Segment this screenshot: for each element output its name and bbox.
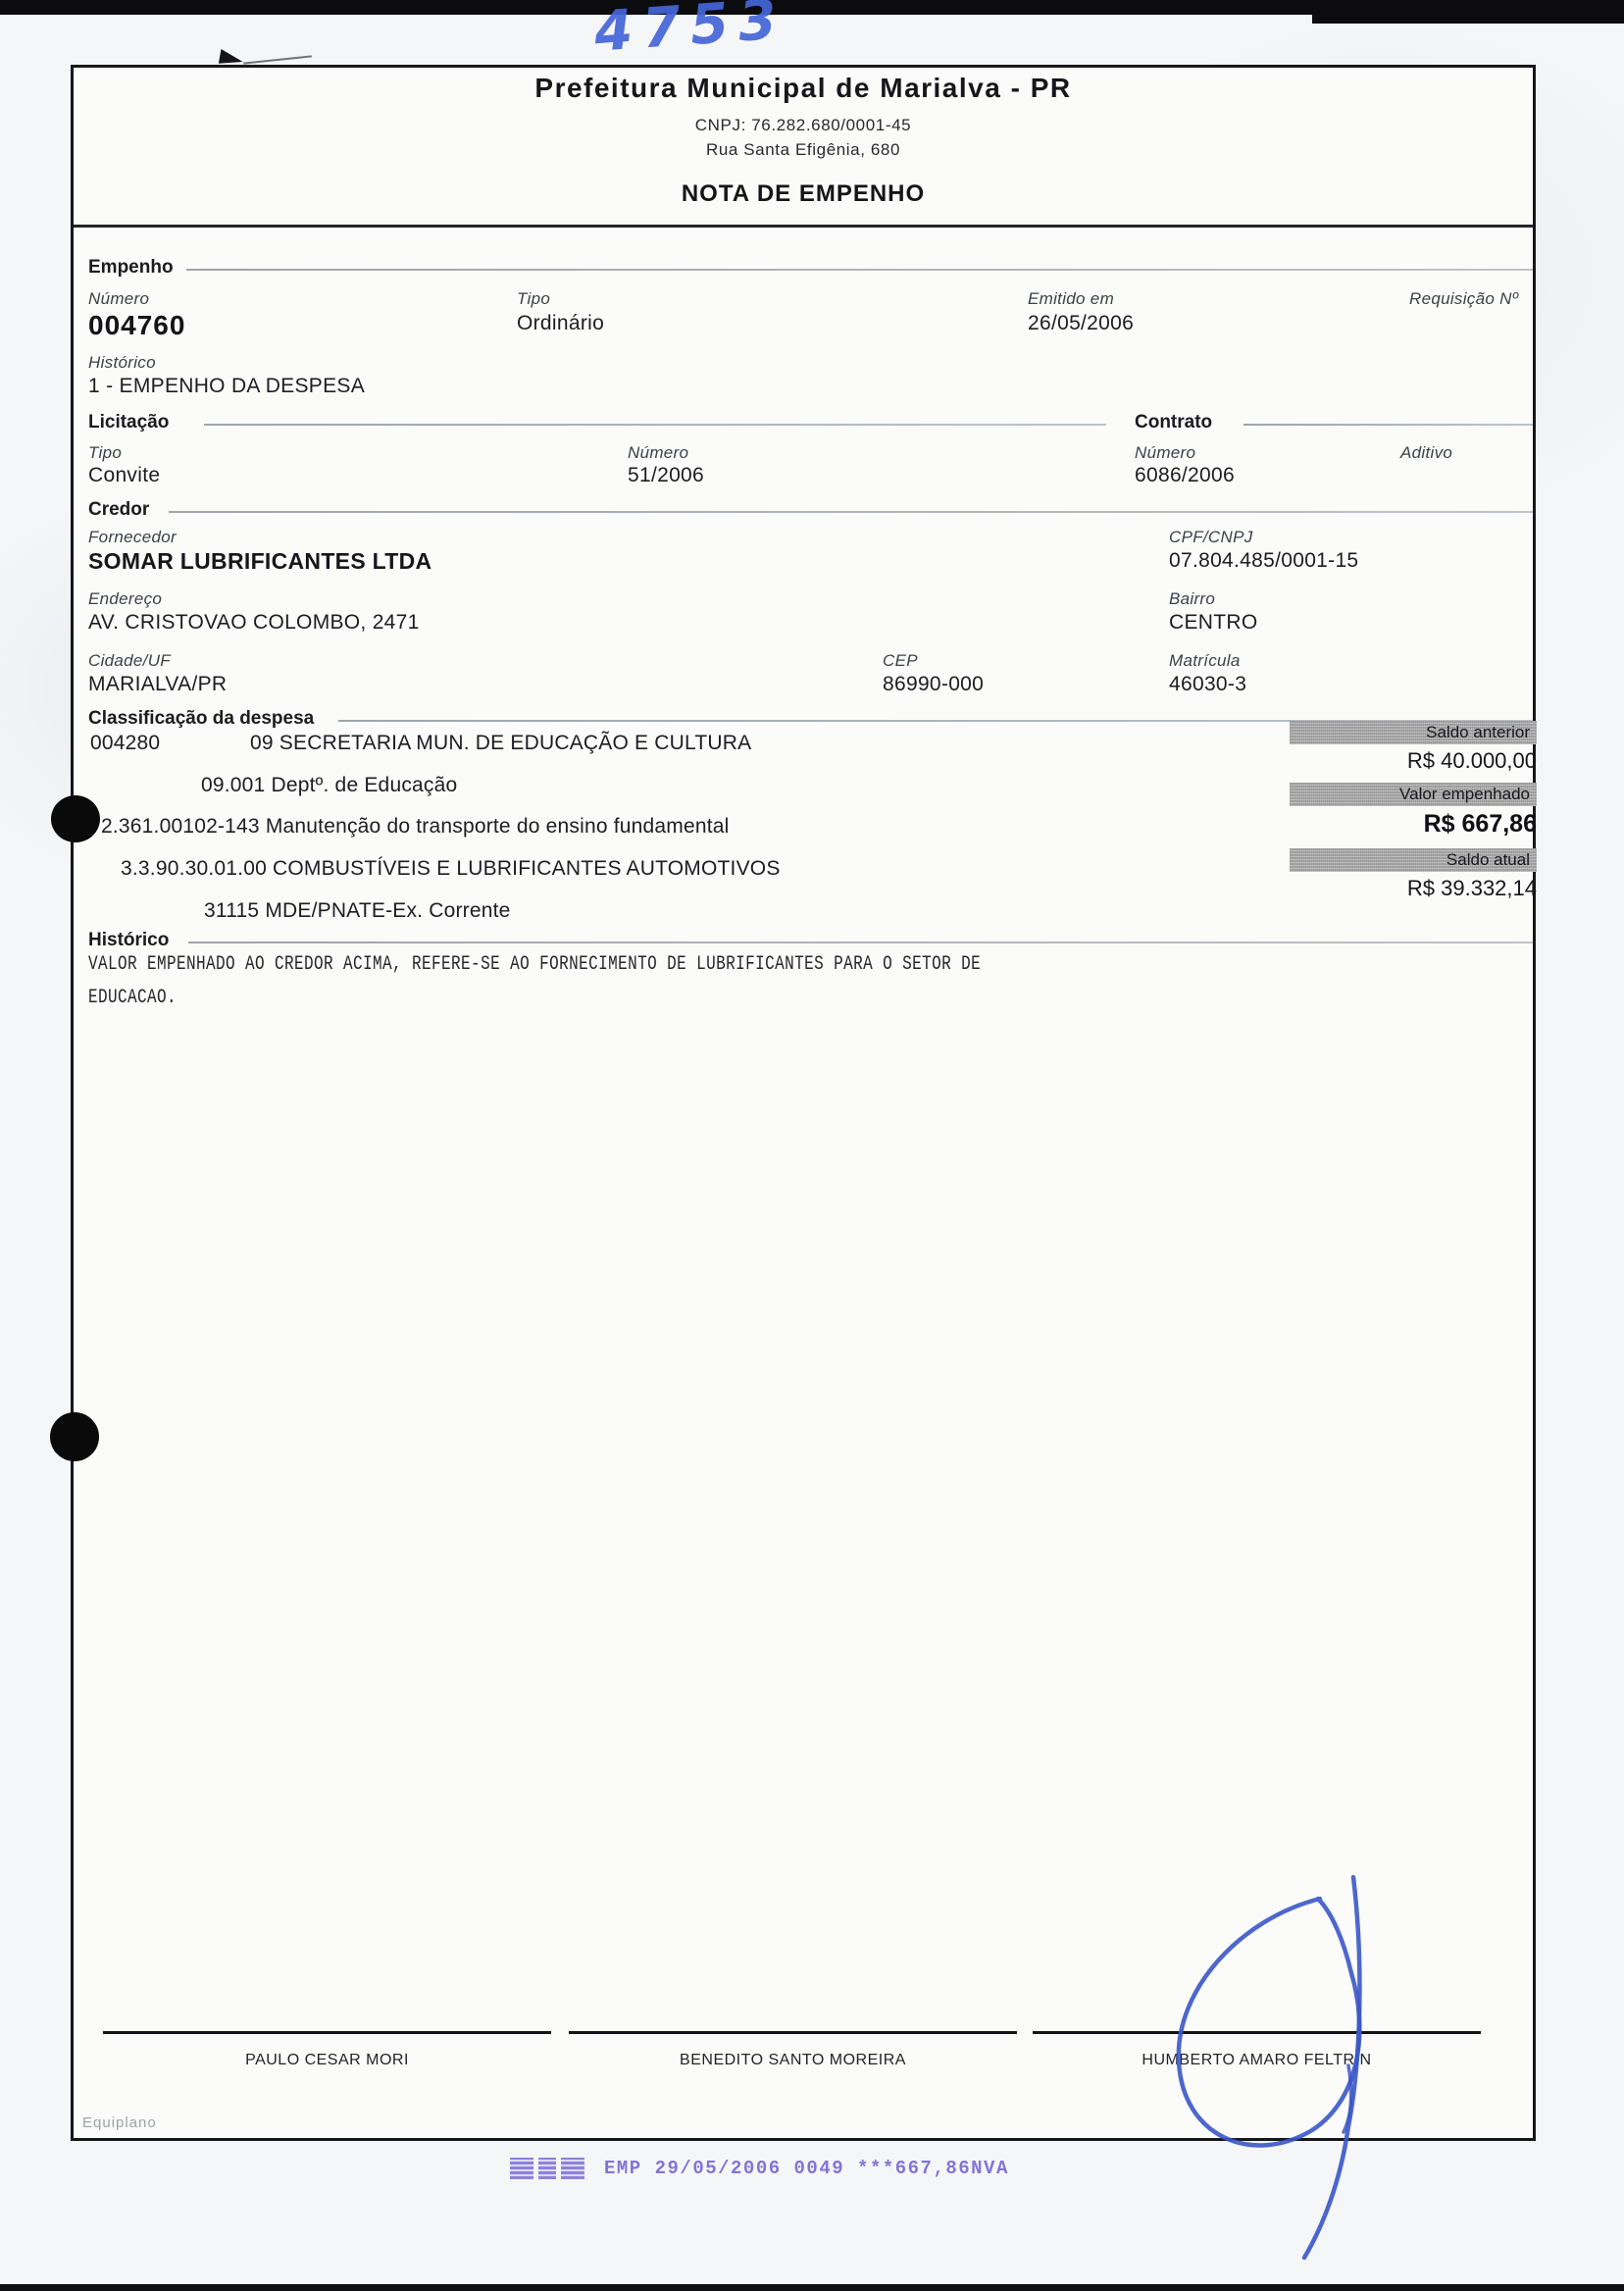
licitacao-tipo-value: Convite [88, 464, 160, 487]
field-label-fornecedor: Fornecedor [88, 528, 177, 547]
saldo-atual-label: Saldo atual [1290, 848, 1537, 872]
field-label-cpf-cnpj: CPF/CNPJ [1169, 528, 1253, 547]
field-label-aditivo: Aditivo [1400, 443, 1452, 463]
organization-name: Prefeitura Municipal de Marialva - PR [71, 73, 1536, 104]
signature-autograph [1106, 1869, 1440, 2267]
classificacao-row: 3.3.90.30.01.00 COMBUSTÍVEIS E LUBRIFICA… [121, 857, 781, 881]
credor-bairro-value: CENTRO [1169, 611, 1257, 635]
field-label-endereco: Endereço [88, 589, 162, 609]
classificacao-row: 09.001 Deptº. de Educação [201, 774, 457, 797]
handwritten-number: 4753 [592, 0, 788, 65]
credor-fornecedor-value: SOMAR LUBRIFICANTES LTDA [88, 548, 431, 575]
signature-name: PAULO CESAR MORI [103, 2052, 551, 2069]
signature-line [569, 2031, 1017, 2034]
section-rule [204, 424, 1106, 426]
stamp-text: EMP 29/05/2006 0049 ***667,86NVA [604, 2158, 1009, 2179]
scan-bottom-edge [0, 2284, 1624, 2291]
historico-text-line: VALOR EMPENHADO AO CREDOR ACIMA, REFERE-… [88, 953, 981, 976]
empenho-tipo-value: Ordinário [517, 312, 604, 335]
field-label-bairro: Bairro [1169, 589, 1215, 609]
field-label-licitacao-numero: Número [628, 443, 688, 463]
organization-cnpj: CNPJ: 76.282.680/0001-45 [71, 116, 1536, 135]
field-label-numero: Número [88, 289, 149, 309]
credor-cep-value: 86990-000 [883, 673, 984, 696]
classificacao-row: 31115 MDE/PNATE-Ex. Corrente [204, 899, 511, 923]
credor-cidade-value: MARIALVA/PR [88, 673, 227, 696]
organization-address: Rua Santa Efigênia, 680 [71, 140, 1536, 160]
saldo-anterior-label: Saldo anterior [1290, 721, 1537, 744]
header-divider [74, 225, 1533, 228]
vendor-footer: Equiplano [82, 2114, 157, 2131]
contrato-numero-value: 6086/2006 [1135, 464, 1235, 487]
credor-matricula-value: 46030-3 [1169, 673, 1246, 696]
field-label-requisicao: Requisição Nº [1409, 289, 1518, 309]
section-label-empenho: Empenho [88, 257, 174, 279]
saldo-anterior-value: R$ 40.000,00 [1407, 748, 1537, 774]
classificacao-row: 09 SECRETARIA MUN. DE EDUCAÇÃO E CULTURA [250, 732, 751, 755]
field-label-licitacao-tipo: Tipo [88, 443, 122, 463]
section-rule [169, 511, 1533, 513]
punch-hole-dot [50, 1412, 99, 1461]
empenho-emitido-value: 26/05/2006 [1028, 312, 1134, 335]
section-label-classificacao: Classificação da despesa [88, 708, 314, 730]
section-label-historico: Histórico [88, 930, 169, 951]
licitacao-numero-value: 51/2006 [628, 464, 704, 487]
field-label-emitido-em: Emitido em [1028, 289, 1114, 309]
section-label-credor: Credor [88, 499, 149, 521]
field-label-cep: CEP [883, 651, 918, 671]
field-label-historico: Histórico [88, 353, 156, 373]
classificacao-code: 004280 [90, 732, 160, 755]
historico-text-line: EDUCACAO. [88, 987, 177, 1009]
stamp-logo-icon [510, 2158, 584, 2179]
section-rule [188, 942, 1533, 943]
field-label-tipo: Tipo [517, 289, 550, 309]
credor-endereco-value: AV. CRISTOVAO COLOMBO, 2471 [88, 611, 420, 635]
scan-top-edge-right [1312, 0, 1624, 24]
section-label-contrato: Contrato [1135, 412, 1212, 433]
field-label-cidade-uf: Cidade/UF [88, 651, 171, 671]
punch-hole-dot [51, 795, 100, 842]
pen-stroke-mark [243, 55, 312, 64]
valor-empenhado-value: R$ 667,86 [1424, 810, 1537, 839]
saldo-atual-value: R$ 39.332,14 [1407, 876, 1537, 901]
valor-empenhado-label: Valor empenhado [1290, 783, 1537, 806]
section-rule [186, 269, 1533, 271]
classificacao-row: 2.361.00102-143 Manutenção do transporte… [101, 815, 730, 839]
empenho-historico-value: 1 - EMPENHO DA DESPESA [88, 375, 365, 398]
section-rule [1243, 424, 1533, 426]
field-label-contrato-numero: Número [1135, 443, 1195, 463]
section-label-licitacao: Licitação [88, 412, 169, 433]
validation-stamp: EMP 29/05/2006 0049 ***667,86NVA [510, 2158, 1009, 2179]
credor-cpf-cnpj-value: 07.804.485/0001-15 [1169, 549, 1358, 573]
signature-name: BENEDITO SANTO MOREIRA [569, 2052, 1017, 2069]
document-title: NOTA DE EMPENHO [71, 180, 1536, 208]
signature-line [103, 2031, 551, 2034]
empenho-numero-value: 004760 [88, 310, 185, 341]
field-label-matricula: Matrícula [1169, 651, 1241, 671]
